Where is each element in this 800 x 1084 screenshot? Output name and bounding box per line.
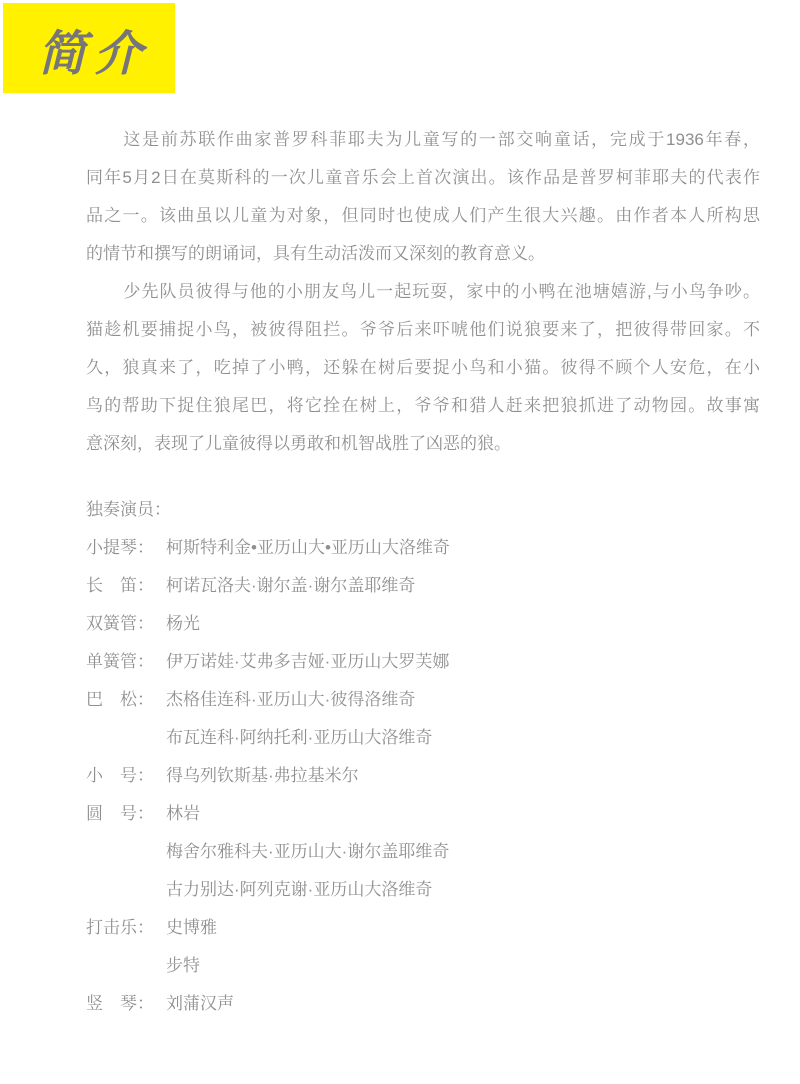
intro-section-badge: 简介 <box>3 3 175 93</box>
paragraph-line: 鸟的帮助下捉住狼尾巴，将它拴在树上，爷爷和猎人赶来把狼抓进了动物园。故事寓 <box>86 387 760 425</box>
instrument-label: 单簧管： <box>86 643 166 681</box>
instrument-label: 打击乐： <box>86 909 166 947</box>
soloist-row-percussion: 打击乐： 史博雅 <box>86 909 760 947</box>
soloist-row-trumpet: 小 号： 得乌列钦斯基·弗拉基米尔 <box>86 757 760 795</box>
instrument-label: 长 笛： <box>86 567 166 605</box>
soloist-row-clarinet: 单簧管： 伊万诺娃·艾弗多吉娅·亚历山大罗芙娜 <box>86 643 760 681</box>
performer-name: 梅舍尔雅科夫·亚历山大·谢尔盖耶维奇 <box>166 833 760 871</box>
soloists-heading: 独奏演员： <box>86 491 760 529</box>
performer-name: 步特 <box>166 947 760 985</box>
soloist-row-horn: 圆 号： 林岩 <box>86 795 760 833</box>
intro-badge-label: 简介 <box>28 13 150 84</box>
instrument-label: 双簧管： <box>86 605 166 643</box>
soloists-list: 独奏演员： 小提琴： 柯斯特利金•亚历山大•亚历山大洛维奇 长 笛： 柯诺瓦洛夫… <box>86 491 760 1023</box>
booklet-page: 简介 这是前苏联作曲家普罗科菲耶夫为儿童写的一部交响童话，完成于1936年春， … <box>0 0 800 1084</box>
paragraph-line: 意深刻，表现了儿童彼得以勇敢和机智战胜了凶恶的狼。 <box>86 425 760 463</box>
instrument-label: 圆 号： <box>86 795 166 833</box>
performer-name: 柯诺瓦洛夫·谢尔盖·谢尔盖耶维奇 <box>166 567 760 605</box>
performer-name: 柯斯特利金•亚历山大•亚历山大洛维奇 <box>166 529 760 567</box>
performer-name: 杰格佳连科·亚历山大·彼得洛维奇 <box>166 681 760 719</box>
paragraph-line: 同年5月2日在莫斯科的一次儿童音乐会上首次演出。该作品是普罗柯菲耶夫的代表作 <box>86 159 760 197</box>
paragraph-line: 久，狼真来了，吃掉了小鸭，还躲在树后要捉小鸟和小猫。彼得不顾个人安危，在小 <box>86 349 760 387</box>
soloist-row-horn-2: 梅舍尔雅科夫·亚历山大·谢尔盖耶维奇 <box>86 833 760 871</box>
instrument-label: 小 号： <box>86 757 166 795</box>
instrument-label: 竖 琴： <box>86 985 166 1023</box>
instrument-label <box>86 719 166 757</box>
intro-paragraph-2: 少先队员彼得与他的小朋友鸟儿一起玩耍，家中的小鸭在池塘嬉游,与小鸟争吵。 猫趁机… <box>86 273 760 463</box>
paragraph-line: 这是前苏联作曲家普罗科菲耶夫为儿童写的一部交响童话，完成于1936年春， <box>86 121 760 159</box>
soloist-row-harp: 竖 琴： 刘蒲汉声 <box>86 985 760 1023</box>
paragraph-line: 的情节和撰写的朗诵词，具有生动活泼而又深刻的教育意义。 <box>86 235 760 273</box>
performer-name: 林岩 <box>166 795 760 833</box>
performer-name: 杨光 <box>166 605 760 643</box>
soloist-row-oboe: 双簧管： 杨光 <box>86 605 760 643</box>
soloist-row-horn-3: 古力别达·阿列克谢·亚历山大洛维奇 <box>86 871 760 909</box>
performer-name: 刘蒲汉声 <box>166 985 760 1023</box>
performer-name: 布瓦连科·阿纳托利·亚历山大洛维奇 <box>166 719 760 757</box>
soloist-row-violin: 小提琴： 柯斯特利金•亚历山大•亚历山大洛维奇 <box>86 529 760 567</box>
soloist-row-bassoon-2: 布瓦连科·阿纳托利·亚历山大洛维奇 <box>86 719 760 757</box>
page-content: 这是前苏联作曲家普罗科菲耶夫为儿童写的一部交响童话，完成于1936年春， 同年5… <box>86 121 760 1023</box>
performer-name: 古力别达·阿列克谢·亚历山大洛维奇 <box>166 871 760 909</box>
instrument-label <box>86 947 166 985</box>
paragraph-line: 品之一。该曲虽以儿童为对象，但同时也使成人们产生很大兴趣。由作者本人所构思 <box>86 197 760 235</box>
paragraph-line: 少先队员彼得与他的小朋友鸟儿一起玩耍，家中的小鸭在池塘嬉游,与小鸟争吵。 <box>86 273 760 311</box>
soloist-row-flute: 长 笛： 柯诺瓦洛夫·谢尔盖·谢尔盖耶维奇 <box>86 567 760 605</box>
instrument-label: 小提琴： <box>86 529 166 567</box>
soloist-row-percussion-2: 步特 <box>86 947 760 985</box>
performer-name: 史博雅 <box>166 909 760 947</box>
paragraph-line: 猫趁机要捕捉小鸟，被彼得阻拦。爷爷后来吓唬他们说狼要来了，把彼得带回家。不 <box>86 311 760 349</box>
performer-name: 伊万诺娃·艾弗多吉娅·亚历山大罗芙娜 <box>166 643 760 681</box>
instrument-label <box>86 833 166 871</box>
intro-paragraph-1: 这是前苏联作曲家普罗科菲耶夫为儿童写的一部交响童话，完成于1936年春， 同年5… <box>86 121 760 273</box>
instrument-label: 巴 松： <box>86 681 166 719</box>
soloist-row-bassoon: 巴 松： 杰格佳连科·亚历山大·彼得洛维奇 <box>86 681 760 719</box>
instrument-label <box>86 871 166 909</box>
performer-name: 得乌列钦斯基·弗拉基米尔 <box>166 757 760 795</box>
